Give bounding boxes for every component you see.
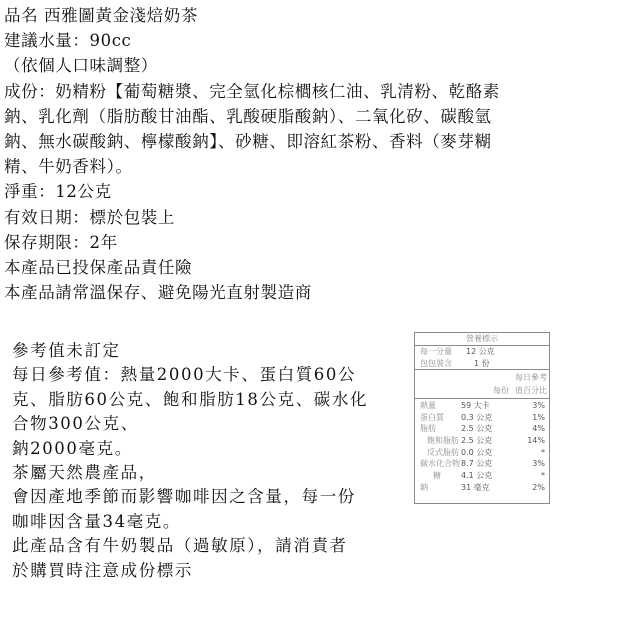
note-line: 於購買時注意成份標示	[12, 559, 402, 583]
table-row: 熱量 59 大卡 3%	[415, 400, 549, 412]
taste-note: （依個人口味調整）	[4, 53, 640, 78]
serving-size-value: 12 公克	[466, 346, 495, 358]
note-line: 會因產地季節而影響咖啡因之含量，每一份	[12, 485, 402, 509]
note-line: 茶屬天然農產品，	[12, 461, 402, 485]
serving-size-row: 每一分量 12 公克	[415, 346, 549, 358]
note-line: 此產品含有牛奶製品（過敏原），請消責者	[12, 534, 402, 558]
nutrition-title: 營養標示	[415, 333, 549, 346]
table-row: 糖 4.1 公克 *	[415, 470, 549, 482]
note-line: 每日參考值：熱量2000大卡、蛋白質60公	[12, 363, 402, 387]
product-name: 品名 西雅圖黃金淺焙奶茶	[4, 3, 640, 28]
note-line: 咖啡因含量34毫克。	[12, 510, 402, 534]
ingredients-line-4: 精、牛奶香料）。	[4, 154, 640, 179]
nutrition-header: 每日參考 每份 值百分比	[415, 370, 549, 399]
ingredients-line-1: 成份：奶精粉【葡萄糖漿、完全氫化棕櫚核仁油、乳清粉、乾酪素	[4, 79, 640, 104]
shelf-life: 保存期限：2年	[4, 230, 640, 255]
product-label-text: 品名 西雅圖黃金淺焙奶茶 建議水量：90cc （依個人口味調整） 成份：奶精粉【…	[4, 3, 640, 305]
storage-note: 本產品請常溫保存、避免陽光直射製造商	[4, 280, 640, 305]
nutrition-rows: 熱量 59 大卡 3% 蛋白質 0.3 公克 1% 脂肪 2.5 公克 4% 飽…	[415, 399, 549, 494]
water-amount: 建議水量：90cc	[4, 28, 640, 53]
note-line: 合物300公克、	[12, 412, 402, 436]
table-row: 碳水化合物 8.7 公克 3%	[415, 458, 549, 470]
nutrition-facts-table: 營養標示 每一分量 12 公克 包包裝含 1 份 每日參考 每份 值百分比 熱量…	[414, 332, 550, 504]
servings-row: 包包裝含 1 份	[415, 358, 549, 370]
note-line: 克、脂肪60公克、飽和脂肪18公克、碳水化	[12, 388, 402, 412]
table-row: 反式脂肪 0.0 公克 *	[415, 447, 549, 459]
header-daily-1: 每日參考	[515, 372, 547, 383]
net-weight: 淨重：12公克	[4, 179, 640, 204]
insurance-note: 本產品已投保產品責任險	[4, 255, 640, 280]
servings-label: 包包裝含	[415, 358, 466, 370]
header-per-serving: 每份	[493, 385, 509, 396]
servings-value: 1 份	[466, 358, 490, 370]
ingredients-line-2: 鈉、乳化劑（脂肪酸甘油酯、乳酸硬脂酸鈉）、二氧化矽、碳酸氫	[4, 104, 640, 129]
table-row: 飽和脂肪 2.5 公克 14%	[415, 435, 549, 447]
reference-notes: 參考值未訂定 每日參考值：熱量2000大卡、蛋白質60公 克、脂肪60公克、飽和…	[12, 339, 402, 583]
table-row: 脂肪 2.5 公克 4%	[415, 423, 549, 435]
serving-size-label: 每一分量	[415, 346, 466, 358]
ingredients-line-3: 鈉、無水碳酸鈉、檸檬酸鈉】、砂糖、即溶紅茶粉、香料（麥芽糊	[4, 129, 640, 154]
note-line: 參考值未訂定	[12, 339, 402, 363]
serving-info: 每一分量 12 公克 包包裝含 1 份	[415, 346, 549, 370]
header-daily-2: 值百分比	[515, 385, 547, 396]
table-row: 鈉 31 毫克 2%	[415, 482, 549, 494]
note-line: 鈉2000毫克。	[12, 437, 402, 461]
table-row: 蛋白質 0.3 公克 1%	[415, 412, 549, 424]
expiry-date: 有效日期：標於包裝上	[4, 205, 640, 230]
